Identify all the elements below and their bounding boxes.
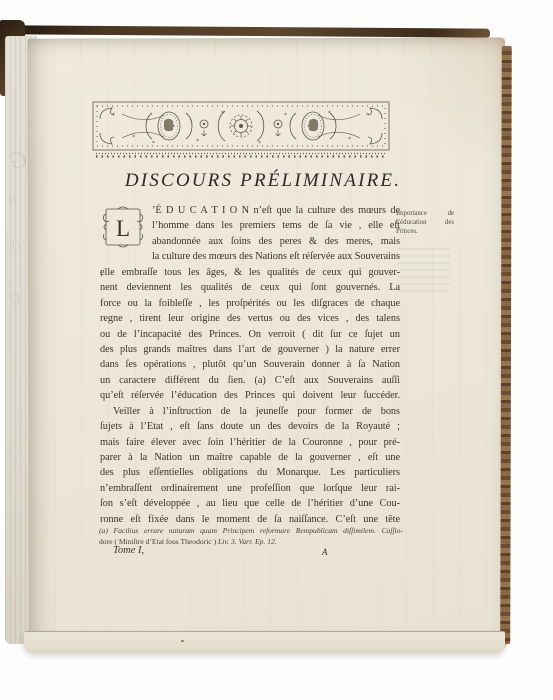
body-line: force ou la foibleſſe , les proſpérités … (100, 296, 400, 311)
svg-text:*: * (258, 140, 261, 147)
book-top-edge (16, 25, 490, 37)
page-title: DISCOURS PRÉLIMINAIRE. (94, 170, 432, 192)
body-line: la culture des mœurs des Nations eſt réſ… (100, 249, 400, 264)
footnote: (a) Facilius errare naturam quam Princip… (99, 526, 403, 547)
body-line: qu’eſt réſervée l’éducation des Princes … (100, 388, 400, 403)
svg-text:*: * (152, 140, 155, 147)
svg-text:*: * (132, 134, 135, 141)
body-line: Veiller à l’inſtruction de la jeuneſſe p… (100, 404, 400, 419)
bottom-page-block (24, 631, 505, 653)
tome-label: Tome I, (113, 545, 144, 556)
svg-text:*: * (366, 112, 369, 119)
fore-edge (500, 46, 512, 644)
ornament-stars: *** *** *** * (112, 110, 369, 147)
show-through-letters: GROQ (6, 130, 36, 550)
body-lines: ’É D U C A T I O N n’eſt que la culture … (100, 203, 400, 527)
headpiece-ornament: *** *** *** * (92, 101, 390, 159)
signature-mark: A (322, 547, 328, 557)
direction-line: Tome I, A (99, 545, 403, 559)
margin-note-line: Importance de (396, 210, 454, 219)
svg-text:*: * (112, 112, 115, 119)
body-line: dans ſes opérations , plutôt qu’un Souve… (100, 357, 400, 372)
svg-text:*: * (284, 112, 287, 119)
margin-note: Importance del’éducation desPrinces. (396, 210, 454, 236)
margin-note-line: Princes. (396, 228, 454, 237)
footnote-line-1: (a) Facilius errare naturam quam Princip… (99, 526, 403, 537)
svg-text:*: * (348, 136, 351, 143)
paper-speck (181, 640, 184, 642)
body-line: n’embraſſent ordinairement une profeſſio… (100, 481, 400, 496)
ghost-letter: O (12, 238, 21, 254)
body-text: L ’É D U C A T I O N n’eſt que la cultur… (100, 203, 400, 527)
svg-text:*: * (328, 110, 331, 117)
body-line: mais faire élever avec ſoin l’héritier d… (100, 435, 400, 450)
drop-cap-letter: L (116, 216, 130, 241)
show-through-margin (398, 248, 450, 292)
body-line: un caractere différent du ſien. (a) C’eſ… (100, 373, 400, 388)
body-line: nent deviennent les qualités de ceux qui… (100, 280, 400, 295)
ghost-letter: G (10, 148, 27, 175)
ghost-letter: R (8, 192, 17, 209)
svg-text:*: * (196, 138, 199, 145)
body-line: elle embraſſe tous les âges, & les quali… (100, 265, 400, 280)
body-line: regne , tirent leur origine des vertus o… (100, 311, 400, 326)
body-line: des plus eſſentielles obligations du Mon… (100, 465, 400, 480)
ghost-letter: Q (9, 290, 21, 308)
body-line: ſujets à l’Etat , eſt ſans doute un des … (100, 419, 400, 434)
body-line: parer à la Nation un maître capable de l… (100, 450, 400, 465)
body-line: des plus grands maîtres dans l’art de go… (100, 342, 400, 357)
margin-note-line: l’éducation des (396, 219, 454, 228)
drop-cap-L: L (100, 204, 146, 250)
body-line: ronne eſt fixée dans le moment de ſa nai… (100, 512, 400, 527)
body-line: ſon s’eſt développée , au lieu que celle… (100, 496, 400, 511)
svg-text:*: * (221, 110, 224, 117)
body-line: ou de l’incapacité des Princes. On verro… (100, 327, 400, 342)
